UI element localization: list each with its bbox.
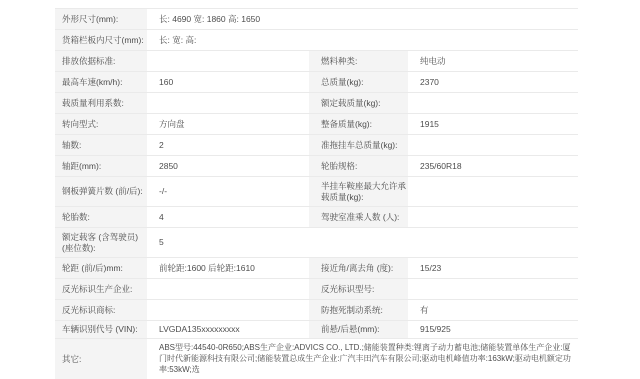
- spec-value: [409, 279, 578, 299]
- spec-row: 轴距(mm):2850轮胎规格:235/60R18: [55, 156, 578, 177]
- spec-value: [409, 93, 578, 113]
- spec-label: 接近角/离去角 (度):: [309, 258, 409, 278]
- spec-label: 整备质量(kg):: [309, 114, 409, 134]
- spec-label: 轴距(mm):: [55, 156, 148, 176]
- spec-row: 轮胎数:4驾驶室准乘人数 (人):: [55, 207, 578, 228]
- spec-label: 载质量利用系数:: [55, 93, 148, 113]
- spec-label: 反光标识型号:: [309, 279, 409, 299]
- spec-value: 2: [148, 135, 309, 155]
- spec-label: 驾驶室准乘人数 (人):: [309, 207, 409, 227]
- spec-row: 货箱栏板内尺寸(mm):长: 宽: 高:: [55, 30, 578, 51]
- spec-value: -/-: [148, 177, 309, 206]
- spec-row: 其它:ABS型号:44540-0R650;ABS生产企业:ADVICS CO.,…: [55, 339, 578, 360]
- spec-row: 轮距 (前/后)mm:前轮距:1600 后轮距:1610接近角/离去角 (度):…: [55, 258, 578, 279]
- spec-value: 1915: [409, 114, 578, 134]
- spec-label: 反光标识生产企业:: [55, 279, 148, 299]
- spec-value: 915/925: [409, 321, 578, 338]
- spec-label: 外形尺寸(mm):: [55, 9, 148, 29]
- spec-label: 燃料种类:: [309, 51, 409, 71]
- spec-label: 准拖挂车总质量(kg):: [309, 135, 409, 155]
- spec-value: LVGDA135xxxxxxxxx: [148, 321, 309, 338]
- spec-value: 235/60R18: [409, 156, 578, 176]
- spec-label: 半挂车鞍座最大允许承载质量(kg):: [309, 177, 409, 206]
- spec-row: 轴数:2准拖挂车总质量(kg):: [55, 135, 578, 156]
- spec-row: 转向型式:方向盘整备质量(kg):1915: [55, 114, 578, 135]
- spec-row: 钢板弹簧片数 (前/后):-/-半挂车鞍座最大允许承载质量(kg):: [55, 177, 578, 207]
- spec-label: 前悬/后悬(mm):: [309, 321, 409, 338]
- spec-row: 排放依据标准:燃料种类:纯电动: [55, 51, 578, 72]
- spec-label: 防抱死制动系统:: [309, 300, 409, 320]
- spec-label: 总质量(kg):: [309, 72, 409, 92]
- spec-label: 轮距 (前/后)mm:: [55, 258, 148, 278]
- spec-value: [148, 93, 309, 113]
- spec-value: 2850: [148, 156, 309, 176]
- spec-label: 反光标识商标:: [55, 300, 148, 320]
- spec-value: [409, 207, 578, 227]
- spec-value: 160: [148, 72, 309, 92]
- spec-value: [409, 135, 578, 155]
- spec-label: 最高车速(km/h):: [55, 72, 148, 92]
- spec-value: [148, 279, 309, 299]
- spec-label: 排放依据标准:: [55, 51, 148, 71]
- spec-row: 反光标识生产企业:反光标识型号:: [55, 279, 578, 300]
- spec-value: 15/23: [409, 258, 578, 278]
- spec-label: 车辆识别代号 (VIN):: [55, 321, 148, 338]
- vehicle-spec-table: 外形尺寸(mm):长: 4690 宽: 1860 高: 1650货箱栏板内尺寸(…: [55, 8, 578, 360]
- spec-row: 最高车速(km/h):160总质量(kg):2370: [55, 72, 578, 93]
- spec-row: 额定载客 (含驾驶员) (座位数):5: [55, 228, 578, 258]
- spec-label: 转向型式:: [55, 114, 148, 134]
- spec-value: 前轮距:1600 后轮距:1610: [148, 258, 309, 278]
- spec-value: [148, 51, 309, 71]
- spec-value: [409, 177, 578, 206]
- spec-value: 长: 宽: 高:: [148, 30, 578, 50]
- spec-value: [148, 300, 309, 320]
- spec-value: 2370: [409, 72, 578, 92]
- spec-label: 额定载客 (含驾驶员) (座位数):: [55, 228, 148, 257]
- spec-label: 轴数:: [55, 135, 148, 155]
- spec-row: 外形尺寸(mm):长: 4690 宽: 1860 高: 1650: [55, 9, 578, 30]
- spec-label: 货箱栏板内尺寸(mm):: [55, 30, 148, 50]
- spec-label: 轮胎数:: [55, 207, 148, 227]
- spec-value: 纯电动: [409, 51, 578, 71]
- spec-value: 有: [409, 300, 578, 320]
- spec-value: 方向盘: [148, 114, 309, 134]
- spec-row: 载质量利用系数:额定载质量(kg):: [55, 93, 578, 114]
- spec-value: 长: 4690 宽: 1860 高: 1650: [148, 9, 578, 29]
- spec-row: 车辆识别代号 (VIN):LVGDA135xxxxxxxxx前悬/后悬(mm):…: [55, 321, 578, 339]
- spec-label: 其它:: [55, 339, 148, 360]
- spec-label: 轮胎规格:: [309, 156, 409, 176]
- spec-row: 反光标识商标:防抱死制动系统:有: [55, 300, 578, 321]
- spec-value: 5: [148, 228, 578, 257]
- spec-label: 额定载质量(kg):: [309, 93, 409, 113]
- spec-label: 钢板弹簧片数 (前/后):: [55, 177, 148, 206]
- spec-value: 4: [148, 207, 309, 227]
- spec-value: ABS型号:44540-0R650;ABS生产企业:ADVICS CO., LT…: [148, 339, 578, 360]
